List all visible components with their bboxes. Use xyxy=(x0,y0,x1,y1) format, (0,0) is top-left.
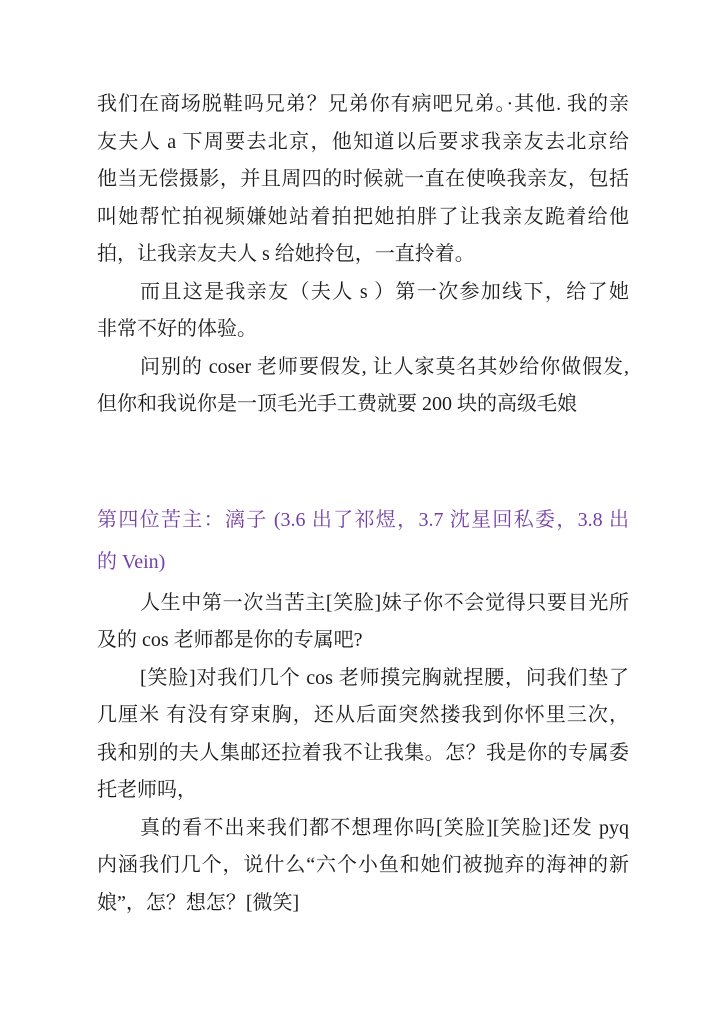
paragraph-3: 问别的 coser 老师要假发, 让人家莫名其妙给你做假发, 但你和我说你是一顶… xyxy=(97,349,629,424)
paragraph-2: 而且这是我亲友（夫人 s ）第一次参加线下，给了她 非常不好的体验。 xyxy=(97,274,629,349)
text-line: 而且这是我亲友（夫人 s ）第一次参加线下，给了她 xyxy=(97,274,629,312)
text-line: [笑脸]对我们几个 cos 老师摸完胸就捏腰，问我们垫了 xyxy=(97,660,629,698)
heading-line: 的 Vein) xyxy=(97,541,629,583)
paragraph-1: 我们在商场脱鞋吗兄弟？兄弟你有病吧兄弟。·其他. 我的亲 友夫人 a 下周要去北… xyxy=(97,86,629,274)
heading-line: 第四位苦主：漓子 (3.6 出了祁煜，3.7 沈星回私委，3.8 出 xyxy=(97,499,629,541)
text-line: 友夫人 a 下周要去北京，他知道以后要求我亲友去北京给 xyxy=(97,124,629,162)
document-page: 我们在商场脱鞋吗兄弟？兄弟你有病吧兄弟。·其他. 我的亲 友夫人 a 下周要去北… xyxy=(0,0,724,1024)
paragraph-4: 人生中第一次当苦主[笑脸]妹子你不会觉得只要目光所 及的 cos 老师都是你的专… xyxy=(97,585,629,660)
text-line: 但你和我说你是一顶毛光手工费就要 200 块的高级毛娘 xyxy=(97,386,629,424)
paragraph-6: 真的看不出来我们都不想理你吗[笑脸][笑脸]还发 pyq 内涵我们几个，说什么“… xyxy=(97,810,629,923)
text-line: 我和别的夫人集邮还拉着我不让我集。怎？我是你的专属委 xyxy=(97,735,629,773)
text-line: 内涵我们几个，说什么“六个小鱼和她们被抛弃的海神的新 xyxy=(97,847,629,885)
text-line: 娘”，怎？想怎？[微笑] xyxy=(97,885,629,923)
section-heading: 第四位苦主：漓子 (3.6 出了祁煜，3.7 沈星回私委，3.8 出 的 Vei… xyxy=(97,499,629,583)
text-line: 他当无偿摄影，并且周四的时候就一直在使唤我亲友，包括 xyxy=(97,161,629,199)
text-line: 真的看不出来我们都不想理你吗[笑脸][笑脸]还发 pyq xyxy=(97,810,629,848)
text-line: 非常不好的体验。 xyxy=(97,311,629,349)
text-line: 及的 cos 老师都是你的专属吧? xyxy=(97,622,629,660)
text-line: 问别的 coser 老师要假发, 让人家莫名其妙给你做假发, xyxy=(97,349,629,387)
text-line: 人生中第一次当苦主[笑脸]妹子你不会觉得只要目光所 xyxy=(97,585,629,623)
text-line: 叫她帮忙拍视频嫌她站着拍把她拍胖了让我亲友跪着给他 xyxy=(97,199,629,237)
text-line: 几厘米 有没有穿束胸，还从后面突然搂我到你怀里三次， xyxy=(97,697,629,735)
text-line: 拍，让我亲友夫人 s 给她拎包，一直拎着。 xyxy=(97,236,629,274)
paragraph-5: [笑脸]对我们几个 cos 老师摸完胸就捏腰，问我们垫了 几厘米 有没有穿束胸，… xyxy=(97,660,629,810)
text-line: 我们在商场脱鞋吗兄弟？兄弟你有病吧兄弟。·其他. 我的亲 xyxy=(97,86,629,124)
text-line: 托老师吗， xyxy=(97,772,629,810)
